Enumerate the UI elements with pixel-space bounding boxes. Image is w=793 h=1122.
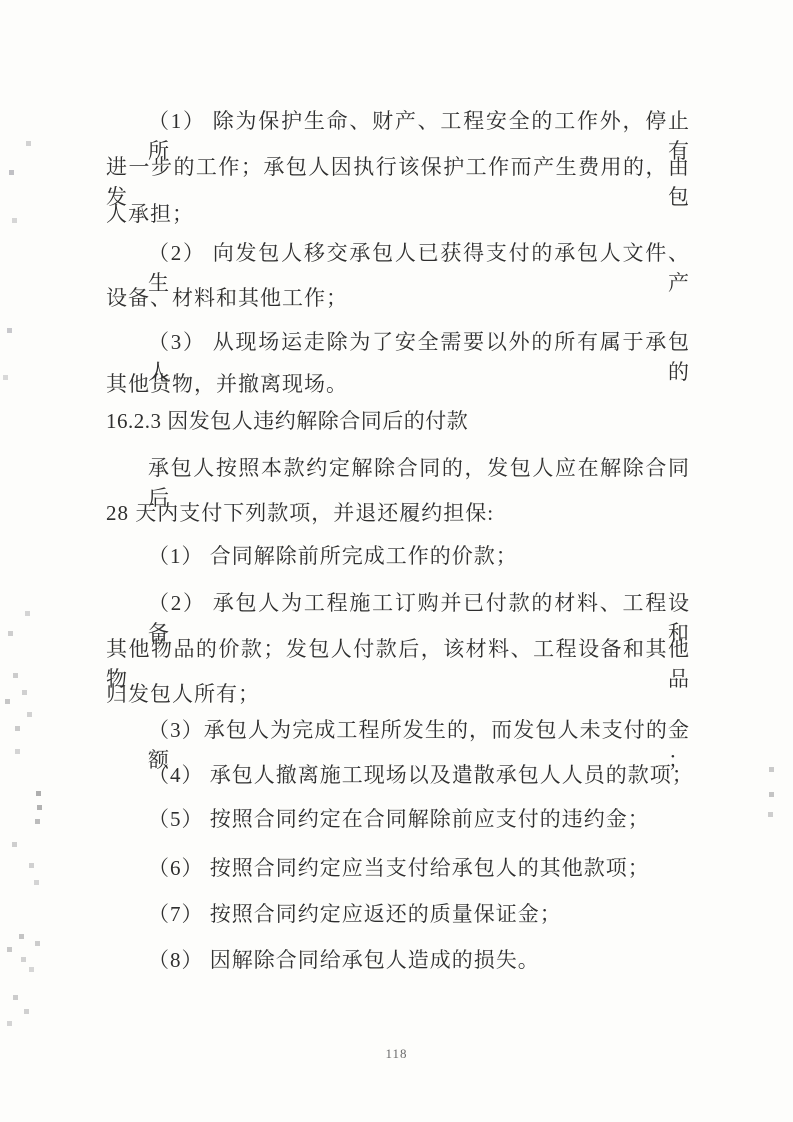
- list-item: （6） 按照合同约定应当支付给承包人的其他款项；: [106, 853, 690, 887]
- paragraph-line: 28 天内支付下列款项，并退还履约担保:: [106, 498, 690, 532]
- list-item: （5） 按照合同约定在合同解除前应支付的违约金；: [106, 804, 690, 838]
- list-item: （3）承包人为完成工程所发生的，而发包人未支付的金额；: [106, 715, 690, 749]
- list-item: （1） 合同解除前所完成工作的价款；: [106, 541, 690, 575]
- paragraph-line: 承包人按照本款约定解除合同的，发包人应在解除合同后: [106, 453, 690, 487]
- list-item: （4） 承包人撤离施工现场以及遣散承包人人员的款项；: [106, 760, 690, 794]
- scan-artifacts: [0, 0, 3, 3]
- paragraph-line: 人承担；: [106, 199, 690, 233]
- section-heading: 16.2.3 因发包人违约解除合同后的付款: [106, 406, 690, 440]
- paragraph-line: 设备、材料和其他工作；: [106, 283, 690, 317]
- paragraph-line: 归发包人所有；: [106, 679, 690, 713]
- list-item: （7） 按照合同约定应返还的质量保证金；: [106, 899, 690, 933]
- paragraph-line: 其他货物，并撤离现场。: [106, 369, 690, 403]
- paragraph-line: （2） 向发包人移交承包人已获得支付的承包人文件、生产: [106, 238, 690, 272]
- paragraph-line: 其他物品的价款；发包人付款后，该材料、工程设备和其他物品: [106, 634, 690, 668]
- page-number: 118: [0, 1046, 793, 1062]
- list-item: （2） 承包人为工程施工订购并已付款的材料、工程设备和: [106, 588, 690, 622]
- list-item: （8） 因解除合同给承包人造成的损失。: [106, 945, 690, 979]
- scanned-contract-page: （1） 除为保护生命、财产、工程安全的工作外，停止所有 进一步的工作；承包人因执…: [0, 0, 793, 1122]
- paragraph-line: 进一步的工作；承包人因执行该保护工作而产生费用的，由发包: [106, 152, 690, 186]
- paragraph-line: （3） 从现场运走除为了安全需要以外的所有属于承包人的: [106, 327, 690, 361]
- paragraph-line: （1） 除为保护生命、财产、工程安全的工作外，停止所有: [106, 106, 690, 140]
